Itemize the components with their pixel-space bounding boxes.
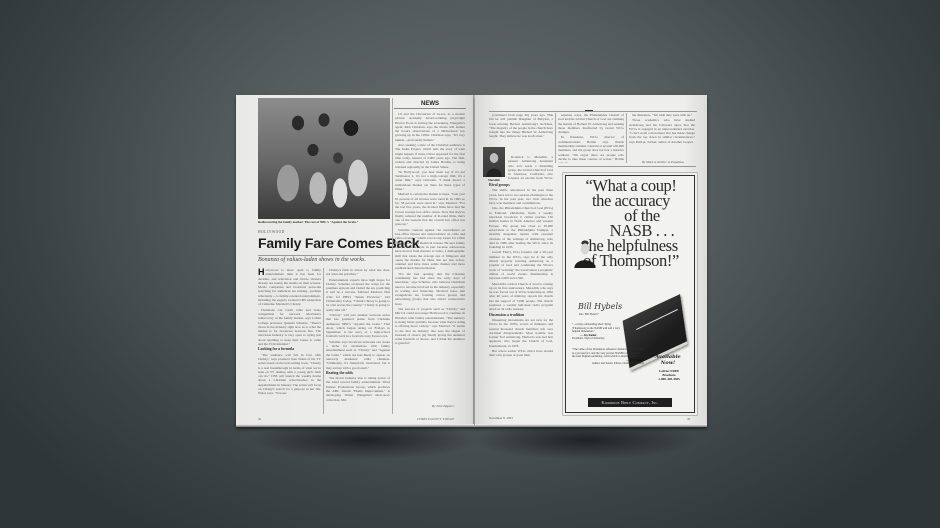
meredith-portrait bbox=[483, 147, 505, 177]
endorsement-text: "The value of the Thompson reference cha… bbox=[572, 348, 644, 359]
paragraph: "It's the best opening that the Christia… bbox=[395, 272, 465, 306]
signature-name: Rev. Bill Hybels* bbox=[579, 313, 599, 316]
byline: By Mark A. Kellner in Pasadena. bbox=[642, 160, 684, 164]
endorser-title: Author and Senior Editor, Christianity T… bbox=[572, 362, 644, 366]
page-edge-left bbox=[236, 424, 474, 427]
photo-caption: Rediscovering the family market: The cas… bbox=[258, 220, 390, 224]
endorsement-text: "...a truly outstanding idea! Tying [Tho… bbox=[572, 323, 622, 334]
top-rule bbox=[489, 111, 697, 112]
article-column-3: Lil and the Chronicles of Grace, as a mo… bbox=[395, 112, 465, 402]
column-rule bbox=[392, 98, 393, 414]
paragraph: "In Hollywood, you hear them say if it's… bbox=[395, 170, 465, 191]
paragraph: Medved is certain the market is there. "… bbox=[395, 192, 465, 226]
subhead: Beating the odds bbox=[326, 371, 390, 375]
paragraph: ollywood is more open to family entertai… bbox=[258, 268, 321, 306]
byline: By John Zipperer bbox=[432, 404, 454, 408]
signature: Bill Hybels bbox=[578, 302, 622, 311]
paragraph: Roderick C. Meredith, a pioneer Armstron… bbox=[508, 155, 553, 181]
paragraph: Lil and the Chronicles of Grace, as a mo… bbox=[395, 112, 465, 142]
paragraph: Meredith's Global Church of God is comin… bbox=[489, 282, 553, 312]
paragraph: "Christy" will join another network seri… bbox=[326, 313, 390, 339]
cast-photo bbox=[258, 98, 390, 219]
magazine-page-left: Rediscovering the family market: The cas… bbox=[236, 95, 475, 427]
paragraph: Entertainment experts have high hopes fo… bbox=[326, 278, 390, 312]
article-column-2: separate ways, the Philadelphia Church o… bbox=[558, 113, 624, 163]
paragraph: (continued from page 20) years ago. This… bbox=[489, 113, 553, 139]
phone-number: 1-800-428-4385 bbox=[648, 378, 690, 382]
advertiser-logo: Kirkbride Bible Company, Inc. bbox=[588, 398, 672, 407]
paragraph: Christians can credit cable and video co… bbox=[258, 308, 321, 347]
article-column-1: Hollywood is more open to family enterta… bbox=[258, 268, 321, 414]
paragraph: Schultze cautions against "an overrelian… bbox=[395, 228, 465, 271]
page-number: 43 bbox=[687, 417, 690, 421]
available-now: Available Now! bbox=[651, 355, 685, 366]
call-to-action: Call for FREE Brochure 1-800-428-4385 bbox=[648, 370, 690, 381]
endorsement-kesler: "...a truly outstanding idea! Tying [Tho… bbox=[572, 323, 622, 341]
paragraph: The shifts, announced in the past three … bbox=[489, 188, 553, 205]
subhead: Looking for a formula bbox=[258, 347, 321, 351]
paragraph: Also seeking a slice of the Christian au… bbox=[395, 143, 465, 169]
article-column-1-cont: Rival groups The shifts, announced in th… bbox=[489, 183, 553, 405]
paragraph: Gerald Flurry, PCG founder and a 20-year… bbox=[489, 250, 553, 280]
paragraph: But where earlier WCG critics have start… bbox=[489, 349, 553, 358]
news-section-label: NEWS bbox=[394, 101, 466, 109]
paragraph: separate ways, the Philadelphia Church o… bbox=[558, 113, 624, 134]
endorsement-packer: "The value of the Thompson reference cha… bbox=[572, 348, 644, 366]
paragraph: Christy's faith in action by what she do… bbox=[326, 268, 390, 277]
subhead: Rival groups bbox=[489, 183, 553, 187]
page-edge-right bbox=[475, 424, 707, 427]
article-column-1-wrap: Roderick C. Meredith, a pioneer Armstron… bbox=[508, 155, 553, 181]
subhead: Dissension a tradition bbox=[489, 313, 553, 317]
magazine-title: CHRISTIANITY TODAY bbox=[417, 417, 454, 421]
paragraph: "The audience will fall in love with Chr… bbox=[258, 353, 321, 396]
paragraph: The success of projects such as "Christy… bbox=[395, 307, 465, 346]
portrait-caption: Meredith bbox=[483, 178, 505, 182]
hybels-photo bbox=[570, 240, 600, 268]
paragraph: One, the Philadelphia Church of God (PCG… bbox=[489, 206, 553, 249]
article-column-2: Christy's faith in action by what she do… bbox=[326, 268, 390, 414]
issue-date: November 8, 1993 bbox=[489, 416, 513, 420]
article-column-3: the dissenters. "We wish they were with … bbox=[629, 113, 695, 159]
paragraph: Dissenting movements are not new for the… bbox=[489, 318, 553, 348]
paragraph: the dissenters. "We wish they were with … bbox=[629, 113, 695, 117]
article-deck: Bonanza of values-laden shows in the wor… bbox=[258, 255, 390, 263]
column-rule bbox=[626, 113, 627, 163]
dropcap: H bbox=[258, 268, 265, 276]
page-number: 42 bbox=[258, 417, 261, 421]
paragraph: The movie industry also is taking notice… bbox=[326, 376, 390, 402]
paragraph: Schultze says broadcast networks can cre… bbox=[326, 340, 390, 370]
paragraph: Those academics who have studied Armstro… bbox=[629, 118, 695, 144]
section-kicker: HOLLYWOOD bbox=[258, 230, 285, 234]
column-rule bbox=[555, 113, 556, 163]
column-rule bbox=[323, 268, 324, 414]
magazine-page-right: (continued from page 20) years ago. This… bbox=[475, 95, 707, 427]
bible-advertisement: “What a coup! the accuracy of the NASB .… bbox=[565, 175, 695, 413]
byline-rule bbox=[558, 166, 696, 167]
endorser-title: President, Taylor University bbox=[572, 337, 622, 341]
paragraph: In Pasadena, WCG director of communicati… bbox=[558, 135, 624, 163]
